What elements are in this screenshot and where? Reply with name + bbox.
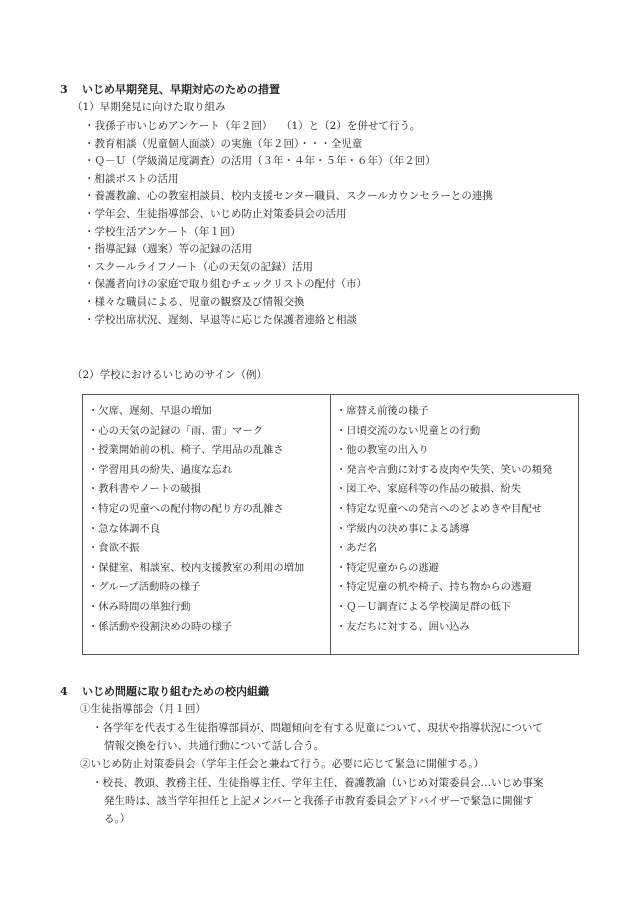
section-3-number: 3 <box>60 81 82 98</box>
list-item: ・養護教諭、心の教室相談員、校内支援センター職員、スクールカウンセラーとの連携 <box>84 188 493 206</box>
list-item: ・学校出席状況、遅刻、早退等に応じた保護者連絡と相談 <box>84 312 493 330</box>
signs-column-right: ・席替え前後の様子 ・日頃交流のない児童との行動 ・他の教室の出入り ・発言や言… <box>331 395 578 654</box>
list-item: ・保護者向けの家庭で取り組むチェックリストの配付（市） <box>84 276 493 294</box>
sign-item: ・特定児童の机や椅子、持ち物からの逃避 <box>336 578 578 598</box>
org-2-desc-line: 発生時は、該当学年担任と上記メンバーと我孫子市教育委員会アドバイザーで緊急に開催… <box>104 792 534 810</box>
list-item: ・学校生活アンケート（年１回） <box>84 224 493 242</box>
sign-item: ・教科書やノートの破損 <box>88 480 330 500</box>
section-4-title: いじめ問題に取り組むための校内組織 <box>82 685 269 698</box>
sign-item: ・発言や言動に対する皮肉や失笑、笑いの頻発 <box>336 461 578 481</box>
sign-item: ・食欲不振 <box>88 539 330 559</box>
sign-item: ・欠席、遅刻、早退の増加 <box>88 402 330 422</box>
org-2-desc-line: る。） <box>104 810 130 828</box>
sign-item: ・特定な児童への発言へのどよめきや目配せ <box>336 500 578 520</box>
list-item: ・学年会、生徒指導部会、いじめ防止対策委員会の活用 <box>84 206 493 224</box>
org-1-desc-line: 情報交換を行い、共通行動について話し合う。 <box>104 737 324 755</box>
sign-item: ・心の天気の記録の「雨、雷」マーク <box>88 422 330 442</box>
org-1-desc-line: ・各学年を代表する生徒指導部員が、問題傾向を有する児童について、現状や指導状況に… <box>92 719 543 737</box>
sign-item: ・係活動や役割決めの時の様子 <box>88 618 330 638</box>
sign-item: ・急な体調不良 <box>88 520 330 540</box>
sign-item: ・特定の児童への配付物の配り方の乱雑さ <box>88 500 330 520</box>
sign-item: ・席替え前後の様子 <box>336 402 578 422</box>
list-item: ・教育相談（児童個人面談）の実施（年２回）・・・全児童 <box>84 136 493 154</box>
list-item: ・Ｑ－Ｕ（学級満足度調査）の活用（３年・４年・５年・６年）（年２回） <box>84 153 493 171</box>
sign-item: ・学習用具の紛失、過度な忘れ <box>88 461 330 481</box>
sign-item: ・授業開始前の机、椅子、学用品の乱雑さ <box>88 441 330 461</box>
list-item: ・指導記録（週案）等の記録の活用 <box>84 241 493 259</box>
sign-item: ・Ｑ－Ｕ調査による学校満足群の低下 <box>336 598 578 618</box>
sign-item: ・特定児童からの逃避 <box>336 559 578 579</box>
sign-item: ・学級内の決め事による誘導 <box>336 520 578 540</box>
section-3-heading: 3いじめ早期発見、早期対応のための措置 <box>60 81 280 98</box>
org-2-desc-line: ・校長、教頭、教務主任、生徒指導主任、学年主任、養護教諭（いじめ対策委員会…いじ… <box>92 774 544 792</box>
subsection-2-label: （2）学校におけるいじめのサイン（例） <box>72 367 267 384</box>
org-1-label: ①生徒指導部会（月１回） <box>80 701 206 718</box>
sign-item: ・保健室、相談室、校内支援教室の利用の増加 <box>88 559 330 579</box>
sign-item: ・友だちに対する、囲い込み <box>336 618 578 638</box>
subsection-1-label: （1）早期発見に向けた取り組み <box>72 99 226 116</box>
sign-item: ・他の教室の出入り <box>336 441 578 461</box>
sign-item: ・日頃交流のない児童との行動 <box>336 422 578 442</box>
bullying-signs-table: ・欠席、遅刻、早退の増加 ・心の天気の記録の「雨、雷」マーク ・授業開始前の机、… <box>82 394 579 655</box>
sign-item: ・休み時間の単独行動 <box>88 598 330 618</box>
section-4-heading: 4いじめ問題に取り組むための校内組織 <box>60 683 269 700</box>
section-4-number: 4 <box>60 683 82 700</box>
sign-item: ・あだ名 <box>336 539 578 559</box>
early-detection-list: ・我孫子市いじめアンケート（年２回） （1）と（2）を併せて行う。 ・教育相談（… <box>84 118 493 329</box>
org-2-label: ②いじめ防止対策委員会（学年主任会と兼ねて行う。必要に応じて緊急に開催する。） <box>80 756 484 773</box>
list-item: ・様々な職員による、児童の観察及び情報交換 <box>84 294 493 312</box>
list-item: ・スクールライフノート（心の天気の記録）活用 <box>84 259 493 277</box>
sign-item: ・図工や、家庭科等の作品の破損、紛失 <box>336 480 578 500</box>
list-item: ・我孫子市いじめアンケート（年２回） （1）と（2）を併せて行う。 <box>84 118 493 136</box>
section-3-title: いじめ早期発見、早期対応のための措置 <box>82 83 280 96</box>
list-item: ・相談ポストの活用 <box>84 171 493 189</box>
signs-column-left: ・欠席、遅刻、早退の増加 ・心の天気の記録の「雨、雷」マーク ・授業開始前の机、… <box>83 395 331 654</box>
sign-item: ・グループ活動時の様子 <box>88 578 330 598</box>
